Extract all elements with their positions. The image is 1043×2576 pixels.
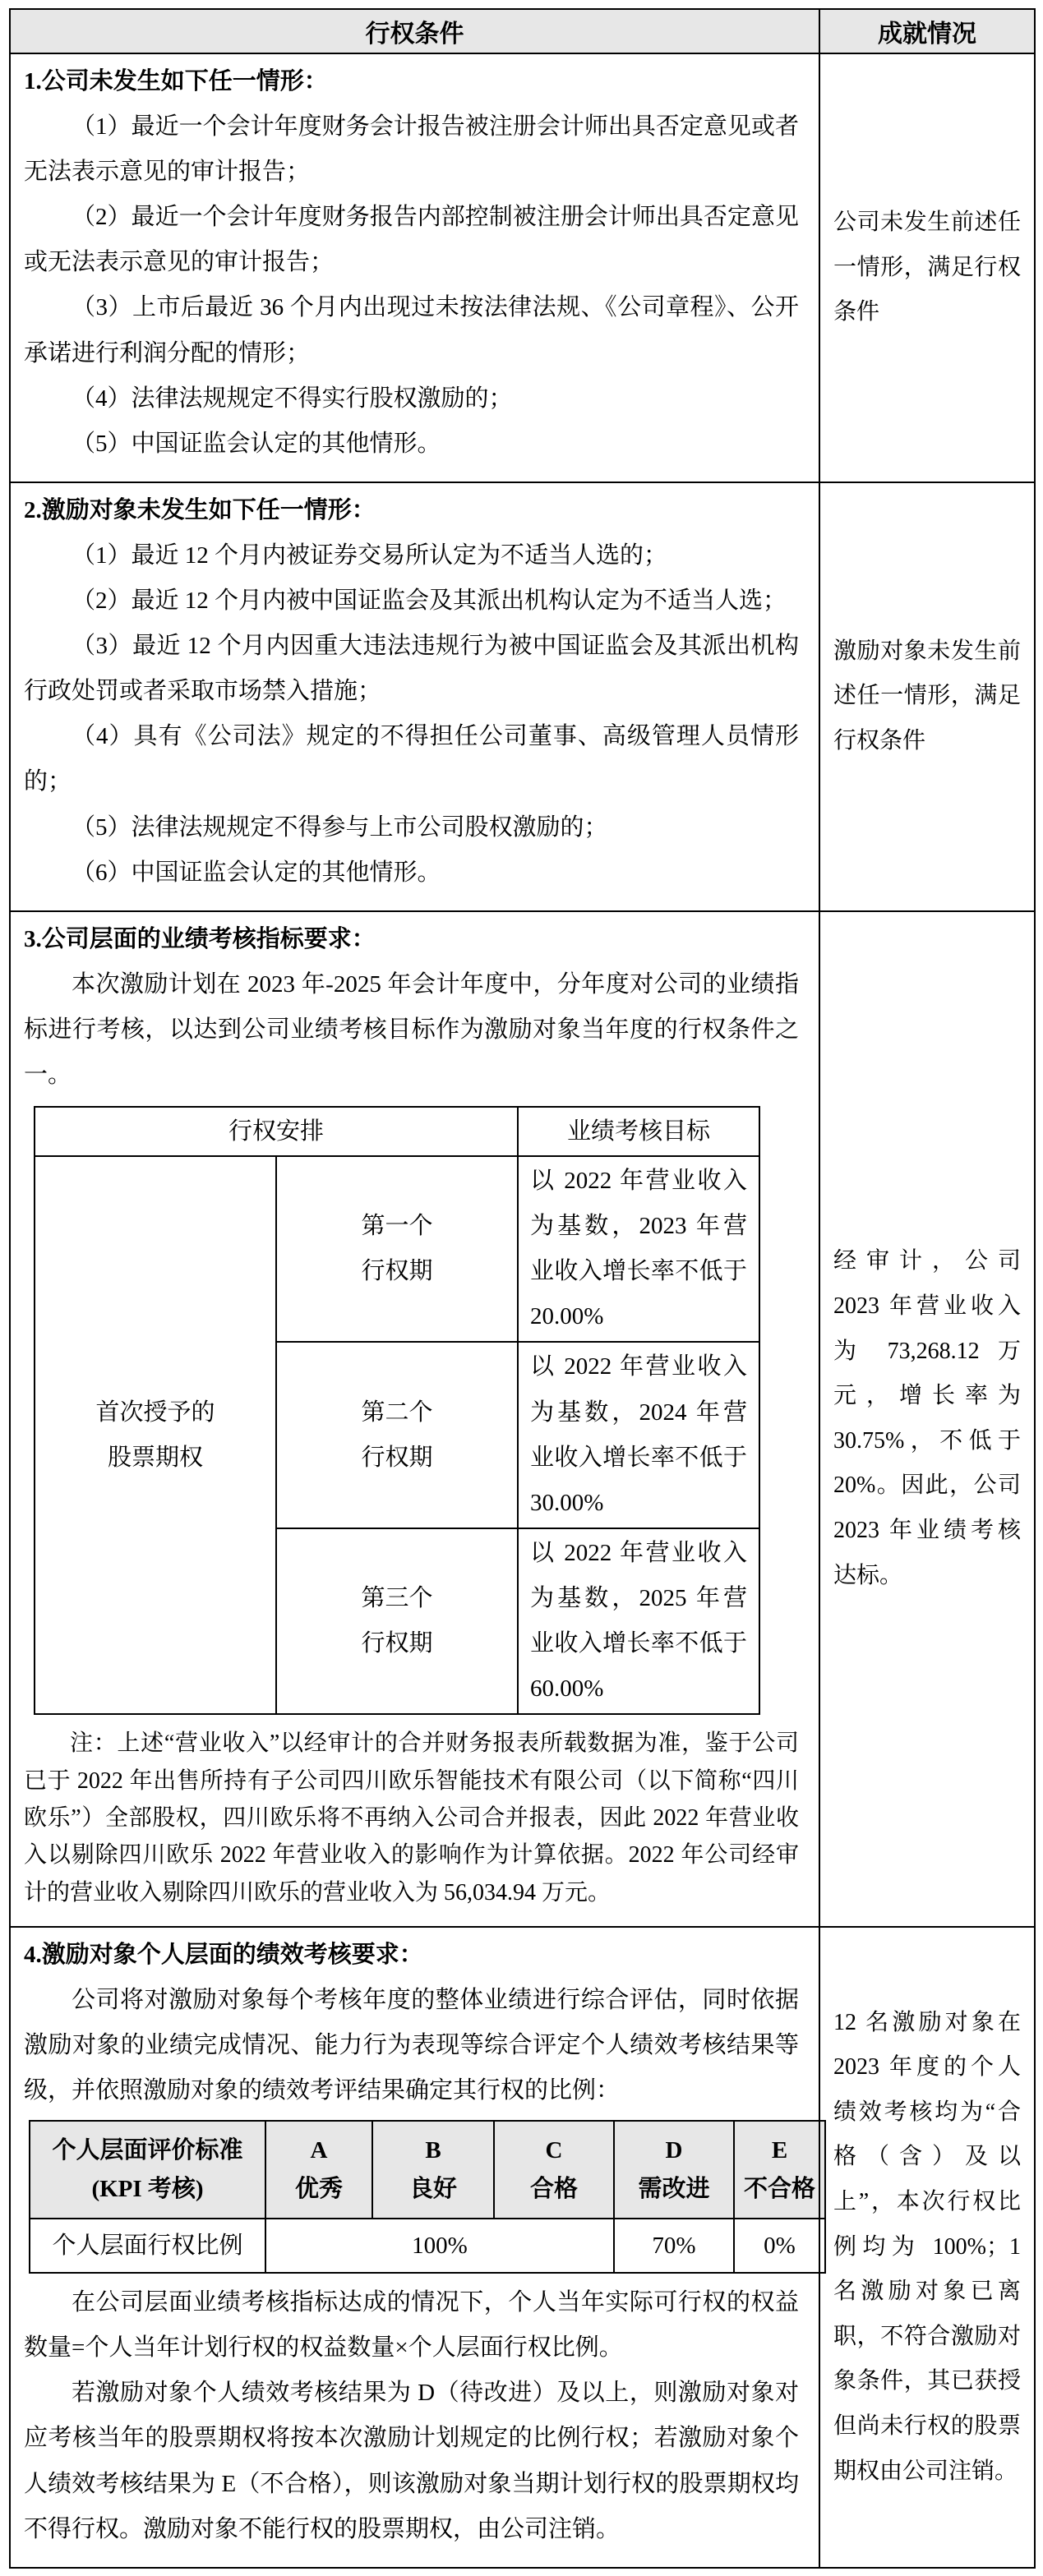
kpi-intro-paragraph: 公司将对激励对象每个考核年度的整体业绩进行综合评估，同时依据激励对象的业绩完成情… (24, 1978, 799, 2113)
achievement-cell-4: 12 名激励对象在 2023 年度的个人绩效考核均为“合格（含）及以上”，本次行… (819, 1927, 1035, 2568)
target-2: 以 2022 年营业收入为基数，2024 年营业收入增长率不低于 30.00% (518, 1342, 759, 1528)
kpi-grade-d: D 需改进 (614, 2121, 734, 2219)
kpi-value-d: 70% (614, 2219, 734, 2273)
achievement-cell-2: 激励对象未发生前述任一情形，满足行权条件 (819, 482, 1035, 911)
table-row-2: 2.激励对象未发生如下任一情形： （1）最近 12 个月内被证券交易所认定为不适… (10, 482, 1035, 911)
table-row-3: 3.公司层面的业绩考核指标要求： 本次激励计划在 2023 年-2025 年会计… (10, 911, 1035, 1927)
kpi-table: 个人层面评价标准 (KPI 考核) A 优秀 B 良好 C (29, 2120, 826, 2274)
list-item: （4）法律法规规定不得实行股权激励的； (24, 376, 799, 422)
section-title-2: 2.激励对象未发生如下任一情形： (24, 488, 799, 533)
list-item: （5）法律法规规定不得参与上市公司股权激励的； (24, 805, 799, 850)
achievement-cell-1: 公司未发生前述任一情形，满足行权条件 (819, 53, 1035, 482)
kpi-value-row: 个人层面行权比例 100% 70% 0% (30, 2219, 825, 2273)
list-item: （1）最近一个会计年度财务会计报告被注册会计师出具否定意见或者无法表示意见的审计… (24, 104, 799, 195)
performance-target-table: 行权安排 业绩考核目标 首次授予的 股票期权 第一个 行权期 以 2022 年营… (34, 1106, 760, 1715)
performance-row-1: 首次授予的 股票期权 第一个 行权期 以 2022 年营业收入为基数，2023 … (35, 1156, 759, 1342)
list-item: （2）最近一个会计年度财务报告内部控制被注册会计师出具否定意见或无法表示意见的审… (24, 195, 799, 285)
exercise-conditions-table: 行权条件 成就情况 1.公司未发生如下任一情形： （1）最近一个会计年度财务会计… (9, 8, 1036, 2569)
kpi-header-row: 个人层面评价标准 (KPI 考核) A 优秀 B 良好 C (30, 2121, 825, 2219)
table-row-4: 4.激励对象个人层面的绩效考核要求： 公司将对激励对象每个考核年度的整体业绩进行… (10, 1927, 1035, 2568)
list-item: （1）最近 12 个月内被证券交易所认定为不适当人选的； (24, 533, 799, 578)
section-title-1: 1.公司未发生如下任一情形： (24, 59, 799, 104)
condition-cell-3: 3.公司层面的业绩考核指标要求： 本次激励计划在 2023 年-2025 年会计… (10, 911, 819, 1927)
table-row-1: 1.公司未发生如下任一情形： （1）最近一个会计年度财务会计报告被注册会计师出具… (10, 53, 1035, 482)
kpi-grade-e: E 不合格 (734, 2121, 825, 2219)
section-title-4: 4.激励对象个人层面的绩效考核要求： (24, 1933, 799, 1978)
intro-paragraph: 本次激励计划在 2023 年-2025 年会计年度中，分年度对公司的业绩指标进行… (24, 962, 799, 1098)
section-title-3: 3.公司层面的业绩考核指标要求： (24, 917, 799, 962)
performance-header-arrangement: 行权安排 (35, 1107, 518, 1156)
kpi-row-label: 个人层面行权比例 (30, 2219, 265, 2273)
column-header-achievement: 成就情况 (819, 9, 1035, 53)
condition-cell-4: 4.激励对象个人层面的绩效考核要求： 公司将对激励对象每个考核年度的整体业绩进行… (10, 1927, 819, 2568)
column-header-conditions: 行权条件 (10, 9, 819, 53)
kpi-value-e: 0% (734, 2219, 825, 2273)
performance-header-target: 业绩考核目标 (518, 1107, 759, 1156)
kpi-value-abc: 100% (265, 2219, 614, 2273)
rule-paragraph: 若激励对象个人绩效考核结果为 D（待改进）及以上，则激励对象对应考核当年的股票期… (24, 2371, 799, 2551)
list-item: （5）中国证监会认定的其他情形。 (24, 422, 799, 467)
exercise-period-3: 第三个 行权期 (276, 1528, 518, 1714)
achievement-cell-3: 经审计，公司 2023 年营业收入为 73,268.12 万元，增长率为 30.… (819, 911, 1035, 1927)
target-1: 以 2022 年营业收入为基数，2023 年营业收入增长率不低于 20.00% (518, 1156, 759, 1342)
kpi-grade-a: A 优秀 (265, 2121, 372, 2219)
note-paragraph: 注：上述“营业收入”以经审计的合并财务报表所载数据为准，鉴于公司已于 2022 … (24, 1725, 799, 1911)
calc-paragraph: 在公司层面业绩考核指标达成的情况下，个人当年实际可行权的权益数量=个人当年计划行… (24, 2280, 799, 2371)
target-3: 以 2022 年营业收入为基数，2025 年营业收入增长率不低于 60.00% (518, 1528, 759, 1714)
condition-cell-2: 2.激励对象未发生如下任一情形： （1）最近 12 个月内被证券交易所认定为不适… (10, 482, 819, 911)
list-item: （6）中国证监会认定的其他情形。 (24, 850, 799, 896)
header-row: 行权条件 成就情况 (10, 9, 1035, 53)
kpi-criteria-header: 个人层面评价标准 (KPI 考核) (30, 2121, 265, 2219)
grant-group-label: 首次授予的 股票期权 (35, 1156, 276, 1714)
list-item: （3）上市后最近 36 个月内出现过未按法律法规、《公司章程》、公开承诺进行利润… (24, 285, 799, 376)
performance-table-header-row: 行权安排 业绩考核目标 (35, 1107, 759, 1156)
document-page: 行权条件 成就情况 1.公司未发生如下任一情形： （1）最近一个会计年度财务会计… (0, 0, 1043, 2576)
list-item: （4）具有《公司法》规定的不得担任公司董事、高级管理人员情形的； (24, 714, 799, 804)
condition-cell-1: 1.公司未发生如下任一情形： （1）最近一个会计年度财务会计报告被注册会计师出具… (10, 53, 819, 482)
exercise-period-1: 第一个 行权期 (276, 1156, 518, 1342)
list-item: （3）最近 12 个月内因重大违法违规行为被中国证监会及其派出机构行政处罚或者采… (24, 624, 799, 714)
kpi-grade-c: C 合格 (494, 2121, 614, 2219)
kpi-grade-b: B 良好 (372, 2121, 494, 2219)
list-item: （2）最近 12 个月内被中国证监会及其派出机构认定为不适当人选； (24, 578, 799, 624)
exercise-period-2: 第二个 行权期 (276, 1342, 518, 1528)
